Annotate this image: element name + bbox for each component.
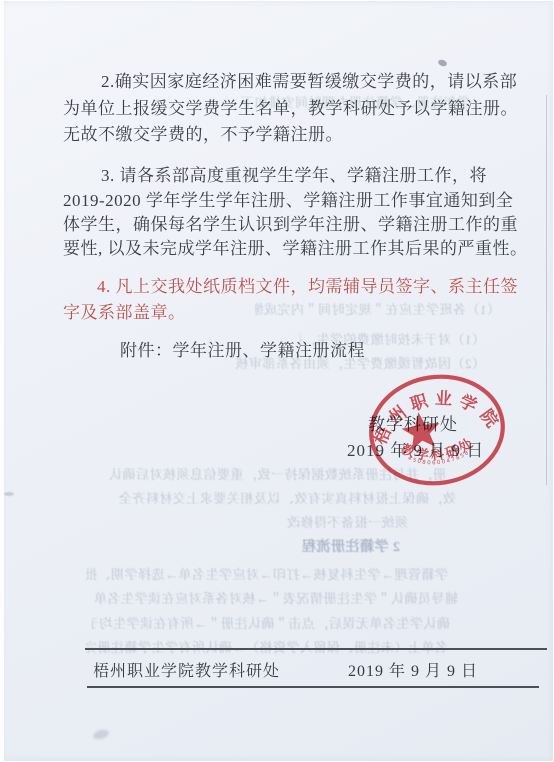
bleedthrough-line: 名单上（未注册、保留入学资格）→确认所有学生学籍注册完毕（辅 [86,637,448,656]
paragraph2-line3: 无故不缴交学费的，不予学籍注册。 [63,125,343,145]
scan-artifact [92,728,110,741]
bleedthrough-line: 学籍管理→学生科复核→打印→对应学生名单→选择学期、批次（一 [86,564,448,583]
scan-fold-line [546,95,547,485]
bleedthrough-line: 须统一报备不得修改 [278,512,408,531]
bleedthrough-line: 确认学生名单无误后，点击＂确认注册＂→所有在读学生均予注册，确 [92,613,450,632]
scan-artifact [437,59,448,68]
paragraph3-line2: 2019-2020 学年学生学年注册、学籍注册工作事宜通知到全 [63,191,513,211]
footer-date: 2019 年 9 月 9 日 [348,658,478,681]
paragraph3-line4: 要性, 以及未完成学年注册、学籍注册工作其后果的严重性。 [63,239,528,259]
footer-rule-bottom [87,686,539,688]
paragraph4-red-line1: 4. 凡上交我处纸质档文件，均需辅导员签字、系主任签 [97,277,518,297]
scanned-document-page: 学年注册、学籍注册办理时间安排如下 （1）各班学生应在＂规定时间＂内完成缴费 （… [0,0,554,762]
scan-artifact [4,492,14,496]
paragraph3-line1: 3. 请各系部高度重视学生学年、学籍注册工作，将 [101,166,487,186]
bleedthrough-heading: 2 学籍注册流程 [282,536,400,556]
attachment-note: 附件：学年注册、学籍注册流程 [120,341,365,361]
bleedthrough-line: 辅导员确认＂学生注册情况表＂→核对各系对应在读学生名单（一） [92,588,458,607]
paragraph2-line1: 2.确实因家庭经济困难需要暂缓缴交学费的，请以系部 [101,72,517,92]
footer-rule-top [85,648,547,650]
official-seal-stamp: 梧州职业学院 教学科研处 4508060047858 [362,372,512,492]
paragraph3-line3: 体学生，确保每名学生认识到学年注册、学籍注册工作的重 [63,215,518,235]
footer-department: 梧州职业学院教学科研处 [93,658,280,681]
bleedthrough-line: （1）各班学生应在＂规定时间＂内完成缴费 [255,299,500,318]
paragraph2-line2: 为单位上报缓交学费学生名单，教学科研处予以学籍注册。 [63,99,518,119]
scan-edge-left [0,0,4,762]
paragraph4-red-line2: 字及系部盖章。 [63,303,186,323]
